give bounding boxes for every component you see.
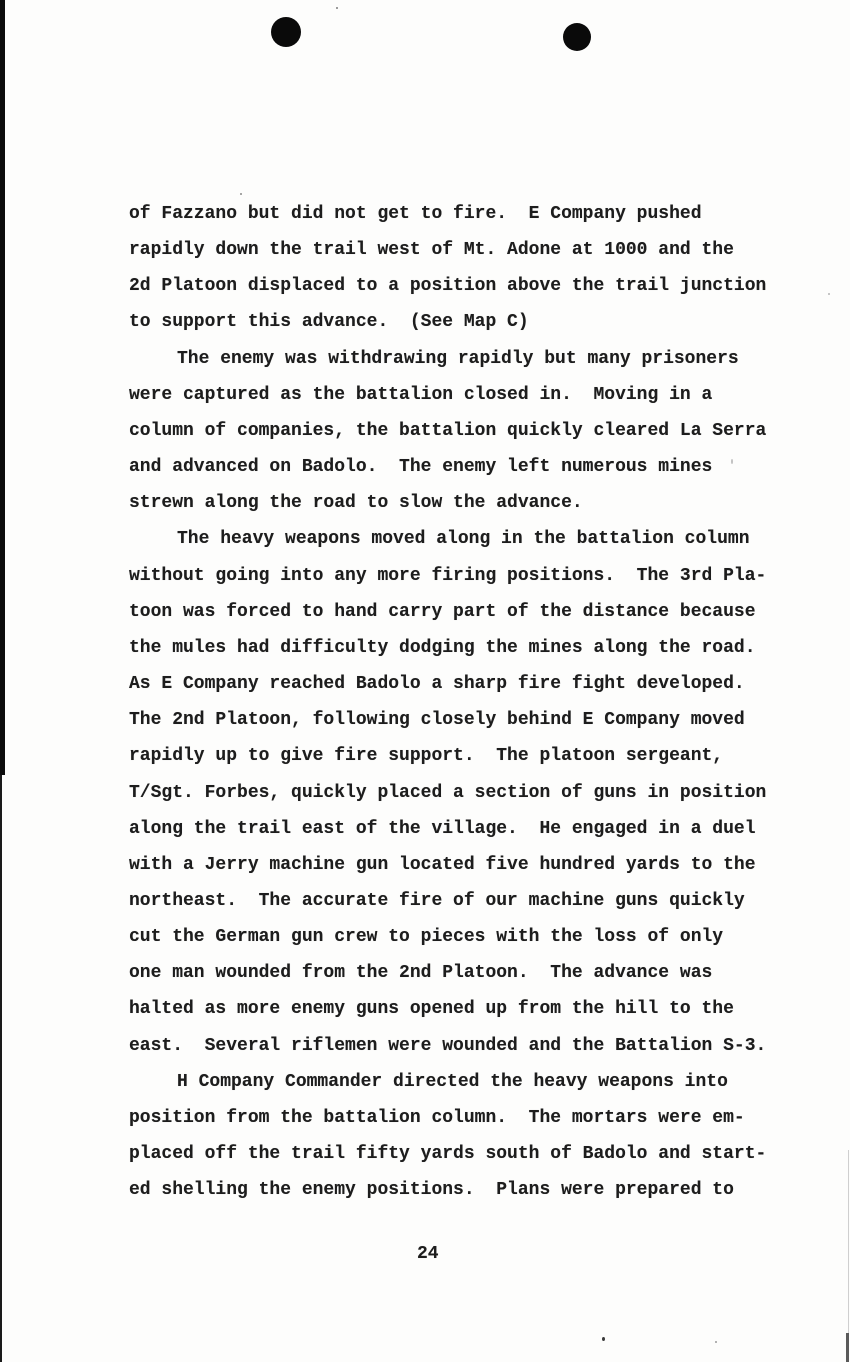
text-line: to support this advance. (See Map C) <box>129 304 824 340</box>
scan-edge-right <box>848 1150 849 1362</box>
text-block: of Fazzano but did not get to fire. E Co… <box>129 196 824 1208</box>
text-line: As E Company reached Badolo a sharp fire… <box>129 666 824 702</box>
text-line: position from the battalion column. The … <box>129 1100 824 1136</box>
text-line: H Company Commander directed the heavy w… <box>129 1064 824 1100</box>
text-line: east. Several riflemen were wounded and … <box>129 1028 824 1064</box>
text-line: ed shelling the enemy positions. Plans w… <box>129 1172 824 1208</box>
scan-speck <box>715 1341 717 1343</box>
text-line: northeast. The accurate fire of our mach… <box>129 883 824 919</box>
text-line: placed off the trail fifty yards south o… <box>129 1136 824 1172</box>
text-line: The 2nd Platoon, following closely behin… <box>129 702 824 738</box>
scanned-page: of Fazzano but did not get to fire. E Co… <box>0 0 850 1362</box>
hole-punch-dot-right <box>563 23 591 51</box>
text-line: T/Sgt. Forbes, quickly placed a section … <box>129 775 824 811</box>
text-line: 2d Platoon displaced to a position above… <box>129 268 824 304</box>
scan-speck <box>602 1337 605 1341</box>
text-line: the mules had difficulty dodging the min… <box>129 630 824 666</box>
scan-speck <box>731 459 733 464</box>
page-number: 24 <box>417 1236 439 1272</box>
scan-speck <box>336 7 338 9</box>
text-line: cut the German gun crew to pieces with t… <box>129 919 824 955</box>
text-line: of Fazzano but did not get to fire. E Co… <box>129 196 824 232</box>
text-line: halted as more enemy guns opened up from… <box>129 991 824 1027</box>
text-line: The enemy was withdrawing rapidly but ma… <box>129 341 824 377</box>
text-line: without going into any more firing posit… <box>129 558 824 594</box>
scan-edge-left-lower <box>0 775 2 1362</box>
text-line: rapidly down the trail west of Mt. Adone… <box>129 232 824 268</box>
text-line: toon was forced to hand carry part of th… <box>129 594 824 630</box>
hole-punch-dot-left <box>271 17 301 47</box>
text-line: were captured as the battalion closed in… <box>129 377 824 413</box>
scan-speck <box>240 193 242 195</box>
text-line: one man wounded from the 2nd Platoon. Th… <box>129 955 824 991</box>
scan-speck <box>828 293 830 295</box>
text-line: and advanced on Badolo. The enemy left n… <box>129 449 824 485</box>
text-line: with a Jerry machine gun located five hu… <box>129 847 824 883</box>
text-line: strewn along the road to slow the advanc… <box>129 485 824 521</box>
text-line: column of companies, the battalion quick… <box>129 413 824 449</box>
text-line: rapidly up to give fire support. The pla… <box>129 738 824 774</box>
scan-edge-right-dark <box>846 1333 849 1362</box>
scan-edge-left <box>0 0 5 775</box>
text-line: The heavy weapons moved along in the bat… <box>129 521 824 557</box>
text-line: along the trail east of the village. He … <box>129 811 824 847</box>
